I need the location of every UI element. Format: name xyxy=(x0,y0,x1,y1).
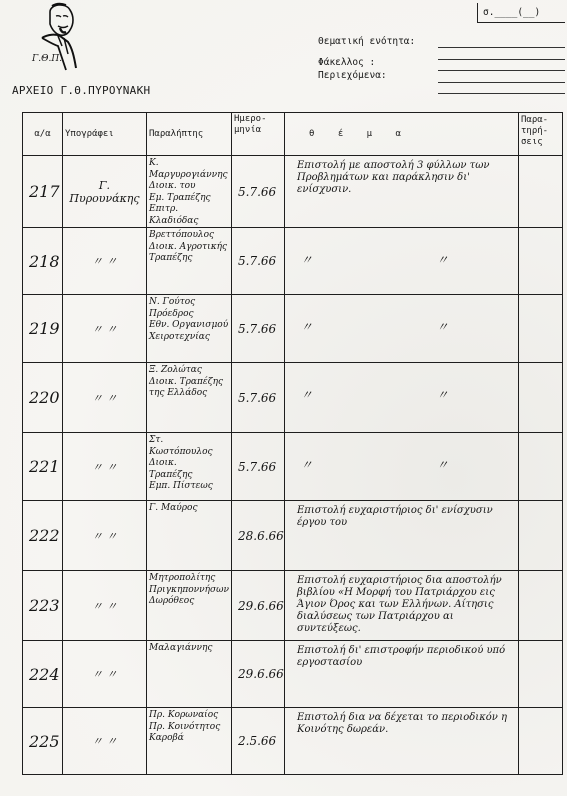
recipient-cell: Κ. Μαργυρογιάννης Διοικ. του Εμ. Τραπέζη… xyxy=(147,156,232,228)
date-cell: 5.7.66 xyxy=(232,433,285,501)
entry-number: 225 xyxy=(23,708,63,775)
subject-ditto-marks: 〃 〃 xyxy=(297,299,512,333)
table-row: 217Γ. ΠυρουνάκηςΚ. Μαργυρογιάννης Διοικ.… xyxy=(23,156,563,228)
date-cell: 5.7.66 xyxy=(232,156,285,228)
folder-label: Φάκελλος : xyxy=(318,57,375,68)
entry-number: 218 xyxy=(23,228,63,295)
column-header-aa: α/α xyxy=(23,113,63,156)
correspondence-register-table: α/α Υπογράφει Παραλήπτης Ημερο- μηνία θ … xyxy=(22,112,563,775)
entry-number: 223 xyxy=(23,571,63,641)
column-header-remarks: Παρα- τηρή- σεις xyxy=(519,113,563,156)
table-row: 225〃 〃Πρ. Κορωναίος Πρ. Κοινότητος Καροβ… xyxy=(23,708,563,775)
subject-cell: Επιστολή ευχαριστήριος δι' ενίσχυσιν έργ… xyxy=(285,501,519,571)
recipient-cell: Ξ. Ζολώτας Διοικ. Τραπέζης της Ελλάδος xyxy=(147,363,232,433)
signer-cell: 〃 〃 xyxy=(63,641,147,708)
subject-cell: 〃 〃 xyxy=(285,433,519,501)
date-cell: 29.6.66 xyxy=(232,571,285,641)
column-header-recipient: Παραλήπτης xyxy=(147,113,232,156)
thematic-unit-label: Θεματική ενότητα: xyxy=(318,36,415,47)
column-header-signer: Υπογράφει xyxy=(63,113,147,156)
remarks-cell xyxy=(519,433,563,501)
table-row: 222〃 〃Γ. Μαύρος28.6.66Επιστολή ευχαριστή… xyxy=(23,501,563,571)
signer-cell: 〃 〃 xyxy=(63,433,147,501)
table-row: 220〃 〃Ξ. Ζολώτας Διοικ. Τραπέζης της Ελλ… xyxy=(23,363,563,433)
signer-cell: 〃 〃 xyxy=(63,571,147,641)
recipient-cell: Ν. Γούτος Πρόεδρος Εθν. Οργανισμού Χειρο… xyxy=(147,295,232,363)
folder-line xyxy=(438,70,565,71)
page-number-box: σ.____(__) xyxy=(477,3,565,23)
table-row: 219〃 〃Ν. Γούτος Πρόεδρος Εθν. Οργανισμού… xyxy=(23,295,563,363)
table-header-row: α/α Υπογράφει Παραλήπτης Ημερο- μηνία θ … xyxy=(23,113,563,156)
table-row: 221〃 〃Στ. Κωστόπουλος Διοικ. Τραπέζης Εμ… xyxy=(23,433,563,501)
entry-number: 222 xyxy=(23,501,63,571)
entry-number: 219 xyxy=(23,295,63,363)
entry-number: 217 xyxy=(23,156,63,228)
signer-cell: 〃 〃 xyxy=(63,363,147,433)
signer-cell: Γ. Πυρουνάκης xyxy=(63,156,147,228)
column-header-date: Ημερο- μηνία xyxy=(232,113,285,156)
contents-label: Περιεχόμενα: xyxy=(318,70,387,81)
entry-number: 220 xyxy=(23,363,63,433)
portrait-signature: Γ.Θ.Π. xyxy=(32,54,62,64)
archive-title: ΑΡΧΕΙΟ Γ.Θ.ΠΥΡΟΥΝΑΚΗ xyxy=(12,84,150,97)
thematic-unit-line-2 xyxy=(438,59,565,60)
subject-ditto-marks: 〃 〃 xyxy=(297,437,512,471)
signer-cell: 〃 〃 xyxy=(63,228,147,295)
subject-cell: Επιστολή δι' επιστροφήν περιοδικού υπό ε… xyxy=(285,641,519,708)
contents-line-2 xyxy=(438,93,565,94)
remarks-cell xyxy=(519,228,563,295)
table-body: 217Γ. ΠυρουνάκηςΚ. Μαργυρογιάννης Διοικ.… xyxy=(23,156,563,775)
subject-cell: 〃 〃 xyxy=(285,363,519,433)
signer-cell: 〃 〃 xyxy=(63,501,147,571)
subject-cell: 〃 〃 xyxy=(285,228,519,295)
recipient-cell: Στ. Κωστόπουλος Διοικ. Τραπέζης Εμπ. Πίσ… xyxy=(147,433,232,501)
date-cell: 5.7.66 xyxy=(232,295,285,363)
table-row: 223〃 〃Μητροπολίτης Πριγκηποννήσων Δωρόθε… xyxy=(23,571,563,641)
table-row: 224〃 〃Μαλαγιάννης29.6.66Επιστολή δι' επι… xyxy=(23,641,563,708)
signer-cell: 〃 〃 xyxy=(63,708,147,775)
thematic-unit-line-1 xyxy=(438,47,565,48)
table-row: 218〃 〃Βρεττόπουλος Διοικ. Αγροτικής Τραπ… xyxy=(23,228,563,295)
entry-number: 221 xyxy=(23,433,63,501)
recipient-cell: Πρ. Κορωναίος Πρ. Κοινότητος Καροβά xyxy=(147,708,232,775)
remarks-cell xyxy=(519,708,563,775)
date-cell: 5.7.66 xyxy=(232,363,285,433)
subject-cell: 〃 〃 xyxy=(285,295,519,363)
column-header-subject: θ έ μ α xyxy=(285,113,519,156)
signer-cell: 〃 〃 xyxy=(63,295,147,363)
recipient-cell: Μητροπολίτης Πριγκηποννήσων Δωρόθεος xyxy=(147,571,232,641)
remarks-cell xyxy=(519,641,563,708)
date-cell: 5.7.66 xyxy=(232,228,285,295)
subject-cell: Επιστολή δια να δέχεται το περιοδικόν η … xyxy=(285,708,519,775)
recipient-cell: Γ. Μαύρος xyxy=(147,501,232,571)
recipient-cell: Μαλαγιάννης xyxy=(147,641,232,708)
subject-ditto-marks: 〃 〃 xyxy=(297,232,512,266)
remarks-cell xyxy=(519,571,563,641)
subject-cell: Επιστολή με αποστολή 3 φύλλων των Προβλη… xyxy=(285,156,519,228)
remarks-cell xyxy=(519,295,563,363)
recipient-cell: Βρεττόπουλος Διοικ. Αγροτικής Τραπέζης xyxy=(147,228,232,295)
date-cell: 2.5.66 xyxy=(232,708,285,775)
remarks-cell xyxy=(519,501,563,571)
date-cell: 29.6.66 xyxy=(232,641,285,708)
subject-ditto-marks: 〃 〃 xyxy=(297,367,512,401)
subject-cell: Επιστολή ευχαριστήριος δια αποστολήν βιβ… xyxy=(285,571,519,641)
contents-line-1 xyxy=(438,82,565,83)
entry-number: 224 xyxy=(23,641,63,708)
remarks-cell xyxy=(519,156,563,228)
remarks-cell xyxy=(519,363,563,433)
date-cell: 28.6.66 xyxy=(232,501,285,571)
